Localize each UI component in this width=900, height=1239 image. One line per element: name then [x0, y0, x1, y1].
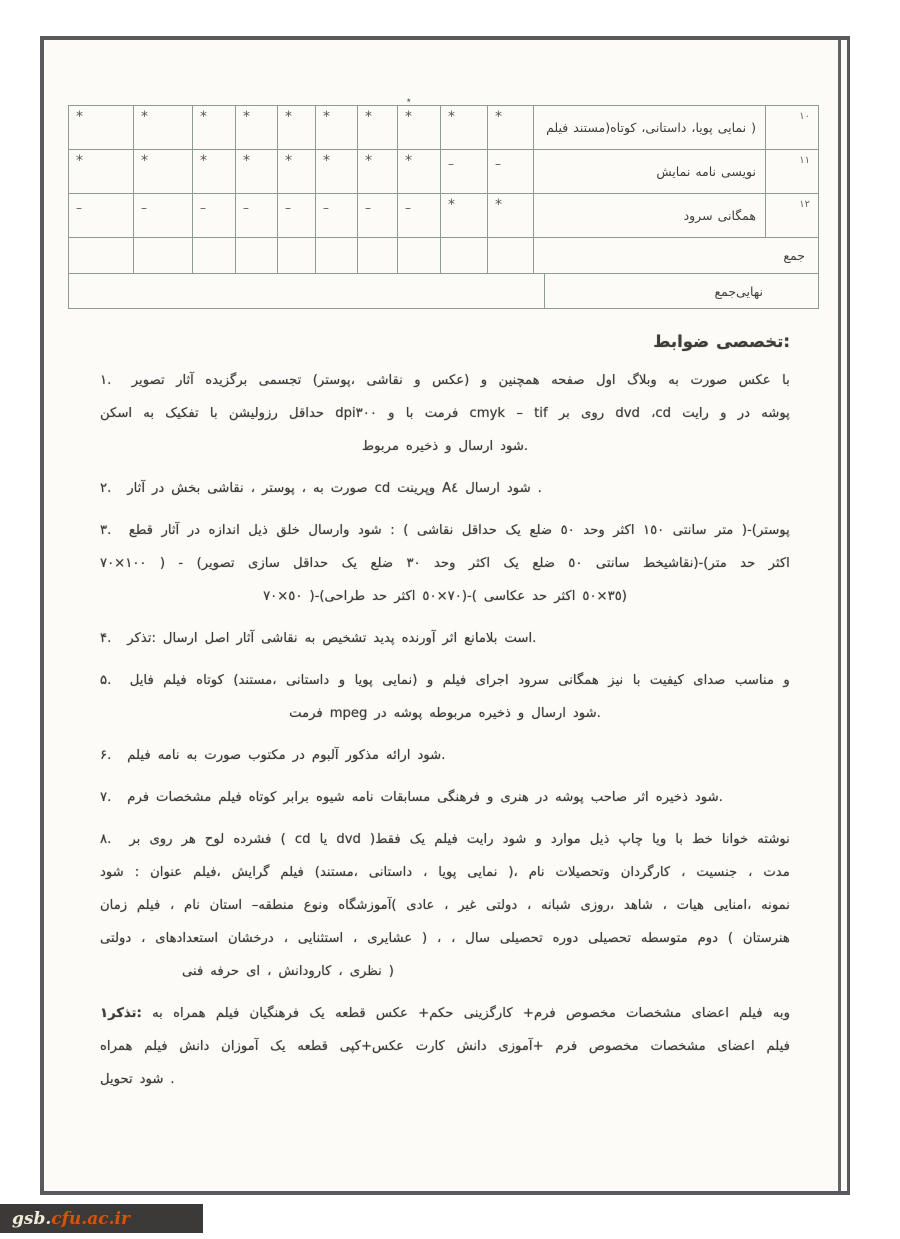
- asterisk-mark: *: [285, 110, 292, 124]
- word: کوتاه: [196, 673, 224, 688]
- word: حداقل: [293, 556, 328, 571]
- word: روزی،: [580, 898, 614, 913]
- word: تشخیص: [322, 631, 366, 646]
- asterisk-mark: *: [323, 154, 330, 168]
- dash-mark: –: [448, 158, 454, 170]
- word: حرفه: [210, 964, 239, 979]
- text-line: ٥٠×٧٠)-(طراحیحداکثر٧٠×٥٠)-(عکاسیحداکثر٣٥…: [100, 580, 790, 613]
- mark-cell: *: [278, 106, 316, 150]
- word: یک: [505, 523, 520, 538]
- word: .: [170, 1072, 174, 1087]
- word: نظری: [350, 964, 382, 979]
- word: فرمت: [289, 706, 323, 721]
- word: صفحه: [551, 373, 584, 388]
- word: کوتاه(مستند: [573, 120, 636, 135]
- word: یک: [342, 556, 357, 571]
- dash-mark: –: [495, 158, 501, 170]
- word: اثر: [443, 631, 458, 646]
- word: و: [518, 706, 524, 721]
- word: پوشه: [555, 790, 584, 805]
- word: موارد: [551, 832, 581, 847]
- word: cmyk: [470, 406, 506, 421]
- word: همراه: [173, 1006, 205, 1021]
- word: استعدادهای: [155, 931, 218, 946]
- word: تخصصی:: [716, 332, 790, 351]
- word: و: [783, 673, 789, 688]
- word: با: [406, 406, 414, 421]
- row-label-cell: فیلمکوتاه(مستند،داستانی،پویانمایی): [534, 106, 766, 150]
- word: مکتوب: [248, 748, 286, 763]
- list-item: ١.تصویرآثاربرگزیدهتجسمی(پوستر،نقاشیوعکس)…: [100, 364, 790, 463]
- word: به: [313, 481, 324, 496]
- word: آلبوم: [312, 748, 339, 763]
- word: –: [516, 406, 523, 421]
- mark-cell: –: [358, 194, 398, 238]
- dash-mark: –: [323, 202, 329, 214]
- word: و: [414, 373, 420, 388]
- word: (: [403, 523, 408, 538]
- asterisk-mark: *: [405, 110, 412, 124]
- word: تحویل: [100, 1072, 133, 1087]
- text-line: مربوطذخیرهوارسالشود.: [100, 430, 790, 463]
- word: اکثر: [613, 523, 634, 538]
- word: صورت: [331, 481, 368, 496]
- word: ذخیره: [406, 439, 438, 454]
- word: فیلم: [546, 120, 568, 135]
- word: برابر: [283, 790, 309, 805]
- word: استثنایی: [298, 931, 343, 946]
- word: است.: [504, 631, 536, 646]
- mark-cell: *: [441, 106, 488, 150]
- word: در: [188, 523, 200, 538]
- mark-cell: *: [441, 194, 488, 238]
- word: همراه: [100, 1039, 132, 1054]
- word: نمایش: [656, 164, 690, 179]
- word: عکس: [739, 373, 771, 388]
- word: ،داستانی: [641, 120, 686, 135]
- asterisk-mark: *: [448, 198, 455, 212]
- word: ،: [170, 898, 174, 913]
- word: قطع: [129, 523, 153, 538]
- word: نامه: [158, 748, 180, 763]
- word: ٥٠: [568, 556, 582, 571]
- word: dpi٣٠٠: [335, 406, 377, 421]
- word: فیلم: [218, 790, 241, 805]
- word: اکثر: [469, 556, 490, 571]
- final-empty-cell: [69, 274, 545, 309]
- word: حداقل: [462, 523, 497, 538]
- word: ،: [527, 898, 531, 913]
- word: و: [388, 406, 394, 421]
- text-line: زمانفیلم،ناماستان–منطقهونوعآموزشگاه(عادی…: [100, 889, 790, 922]
- list-item: ٣.قطعآثاردراندازهذیلخلقوارسالشود:(نقاشیح…: [100, 514, 790, 613]
- word: ،: [141, 931, 145, 946]
- row-label-cell: سرودهمگانی: [534, 194, 766, 238]
- word: ونوع: [304, 898, 329, 913]
- text-line: تذکر۱:بههمراهفیلمفرهنگیانیکقطعهعکس+حکمکا…: [100, 997, 790, 1030]
- word: امنایی،: [714, 898, 752, 913]
- word: شیوه: [316, 790, 345, 805]
- word: ،: [251, 481, 255, 496]
- word: )،: [508, 865, 517, 880]
- word: لوح: [205, 832, 224, 847]
- word: (مستند،: [233, 673, 276, 688]
- list-item: ۶.فیلمنامهبهصورتمکتوبدرآلبوممذکورارائهشو…: [100, 739, 790, 772]
- mark-cell: –: [193, 194, 236, 238]
- word: آثار: [162, 523, 180, 538]
- text-line: اسکنبهتفکیکبارزولیشنحداقلdpi٣٠٠وبافرمتcm…: [100, 397, 790, 430]
- word: :: [390, 523, 394, 538]
- word: تحصیلی: [500, 931, 543, 946]
- word: صدای: [693, 673, 725, 688]
- word: شود.: [500, 439, 528, 454]
- word: خوانا: [722, 832, 748, 847]
- word: آموزی+: [498, 1039, 543, 1054]
- asterisk-mark: *: [495, 110, 502, 124]
- word: .: [538, 481, 542, 496]
- dash-mark: –: [243, 202, 249, 214]
- word: هنرستان: [743, 931, 790, 946]
- word: مخصوص: [566, 1006, 616, 1021]
- word: فیلم: [137, 898, 160, 913]
- word: قطعه: [335, 1006, 366, 1021]
- word: با: [675, 832, 683, 847]
- word: داستانی: [286, 673, 329, 688]
- word: ،پویا: [691, 120, 712, 135]
- text-line: ضوابطتخصصی:: [100, 326, 790, 356]
- word: اعضای: [692, 1006, 729, 1021]
- word: ای: [246, 964, 260, 979]
- word: ٣٠: [406, 556, 420, 571]
- mark-cell: *: [316, 106, 358, 150]
- word: فیلم: [144, 1039, 167, 1054]
- word: نامه: [352, 790, 374, 805]
- asterisk-mark: *: [76, 110, 83, 124]
- word: هر: [182, 832, 196, 847]
- word: اکثر: [769, 556, 790, 571]
- text-line: فنیحرفهای،کارودانش،نظری): [100, 955, 790, 988]
- word: و: [720, 406, 726, 421]
- word: کارت: [416, 1039, 445, 1054]
- word: اثر: [634, 790, 649, 805]
- final-sum-label-cell: جمعنهایی: [545, 274, 819, 309]
- word: فرهنگی: [437, 790, 480, 805]
- dash-mark: –: [200, 202, 206, 214]
- word: cd: [295, 832, 311, 847]
- word: یک: [410, 832, 425, 847]
- word: سرود: [684, 208, 713, 223]
- word: تحصیلی: [588, 931, 631, 946]
- word: فیلم: [216, 1006, 239, 1021]
- word: یا: [320, 832, 328, 847]
- word: عکس+کپی: [340, 1039, 404, 1054]
- word: عادی: [406, 898, 434, 913]
- word: به: [668, 373, 679, 388]
- word: آموزان: [221, 1039, 258, 1054]
- word: نمایی): [382, 673, 417, 688]
- note-paragraph: تذکر۱:بههمراهفیلمفرهنگیانیکقطعهعکس+حکمکا…: [100, 997, 790, 1096]
- word: نویسی: [721, 164, 756, 179]
- mark-cell: *: [316, 150, 358, 194]
- word: فایل: [130, 673, 154, 688]
- word: )فقط: [370, 832, 401, 847]
- word: بلامانع: [464, 631, 497, 646]
- word: cd: [375, 481, 391, 496]
- item-number: ٧.: [100, 790, 111, 805]
- word: شبانه: [541, 898, 571, 913]
- empty-cell: [488, 238, 534, 274]
- word: استان: [210, 898, 242, 913]
- item-number: ٣.: [100, 523, 111, 538]
- word: و: [427, 673, 433, 688]
- word: خلق: [276, 523, 300, 538]
- word: وتحصیلات: [556, 865, 610, 880]
- word: ارسال: [465, 481, 500, 496]
- word: اکثر: [394, 589, 415, 604]
- empty-cell: [193, 238, 236, 274]
- word: دانش: [457, 1039, 487, 1054]
- word: اکثر: [554, 589, 575, 604]
- word: شود.: [417, 748, 445, 763]
- dash-mark: –: [365, 202, 371, 214]
- word: وارسال: [308, 523, 349, 538]
- word: به: [305, 631, 316, 646]
- mark-cell: *: [69, 150, 134, 194]
- word: صورت: [204, 748, 241, 763]
- word: بر: [559, 406, 570, 421]
- word: نیز: [608, 673, 623, 688]
- word: (: [728, 931, 733, 946]
- mark-cell: –: [134, 194, 193, 238]
- word: فیلم: [739, 1006, 762, 1021]
- word: سازی: [248, 556, 280, 571]
- word: و: [445, 439, 451, 454]
- word: مسابقات: [381, 790, 431, 805]
- word: عشایری: [367, 931, 412, 946]
- empty-cell: [441, 238, 488, 274]
- word: شود.: [573, 706, 601, 721]
- word: ٧٠×٥٠)-(: [422, 589, 476, 604]
- row-number-cell: ١٠: [766, 106, 819, 150]
- word: فرم: [127, 790, 149, 805]
- item-number: ۴.: [100, 631, 111, 646]
- word: سرود: [518, 673, 549, 688]
- list-item: ٨.بررویهرلوحفشرده(cdیاdvd)فقطیکفیلمرایتش…: [100, 823, 790, 988]
- word: مخصوص: [589, 1039, 639, 1054]
- text-line: ٧.فرممشخصاتفیلمکوتاهبرابرشیوهنامهمسابقات…: [100, 781, 790, 814]
- text-line: شود:عنوانفیلم،گرایشفیلم(مستند،داستانی،پو…: [100, 856, 790, 889]
- word: در: [152, 481, 164, 496]
- text-line: ١٠٠×٧٠)-(تصویرسازیحداقلیکضلع٣٠وحداکثریکض…: [100, 547, 790, 580]
- word: متر: [715, 523, 733, 538]
- watermark-prefix: gsb.: [12, 1209, 51, 1229]
- word: ،: [437, 931, 441, 946]
- word: ،: [663, 898, 667, 913]
- word: (پوستر،: [313, 373, 355, 388]
- table-row: ––––––––**سرودهمگانی١٢: [69, 194, 819, 238]
- empty-cell: [69, 238, 134, 274]
- word: و: [535, 832, 541, 847]
- asterisk-mark: *: [243, 154, 250, 168]
- word: یک: [503, 556, 518, 571]
- mark-cell: –: [441, 150, 488, 194]
- item-number: ٨.: [100, 832, 111, 847]
- row-number-cell: ١٢: [766, 194, 819, 238]
- word: رزولیشن: [229, 406, 278, 421]
- word: فرهنگیان: [250, 1006, 299, 1021]
- word: فیلم: [280, 865, 303, 880]
- word: ٥٠: [561, 523, 575, 538]
- mark-cell: *: [358, 150, 398, 194]
- item-number: ۶.: [100, 748, 111, 763]
- word: حد: [532, 589, 547, 604]
- word: صورت: [690, 373, 727, 388]
- table-row: **********فیلمکوتاه(مستند،داستانی،پویانم…: [69, 106, 819, 150]
- word: بر: [129, 832, 140, 847]
- word: وحد: [583, 523, 604, 538]
- mark-cell: *: [193, 150, 236, 194]
- doc-body: ضوابطتخصصی:١.تصویرآثاربرگزیدهتجسمی(پوستر…: [100, 326, 790, 1105]
- word: ویا: [652, 832, 666, 847]
- word: خط: [692, 832, 713, 847]
- word: شود: [358, 523, 382, 538]
- word: آثار: [127, 481, 145, 496]
- word: مناسب: [735, 673, 774, 688]
- word: وبلاگ: [627, 373, 657, 388]
- word: عکس): [432, 373, 469, 388]
- word: حد: [740, 556, 755, 571]
- word: نمونه: [761, 898, 790, 913]
- text-line: ٨.بررویهرلوحفشرده(cdیاdvd)فقطیکفیلمرایتش…: [100, 823, 790, 856]
- word: مشخصات: [156, 790, 211, 805]
- page-frame: ٭ **********فیلمکوتاه(مستند،داستانی،پویا…: [40, 36, 850, 1195]
- word: ضوابط: [653, 332, 709, 351]
- word: ارسال: [163, 631, 198, 646]
- mark-cell: –: [316, 194, 358, 238]
- word: سال: [465, 931, 490, 946]
- word: ذیل: [248, 523, 268, 538]
- word: عکاسی: [484, 589, 525, 604]
- asterisk-mark: *: [495, 198, 502, 212]
- word: نمایی: [467, 865, 497, 880]
- word: شود: [140, 1072, 164, 1087]
- asterisk-mark: *: [323, 110, 330, 124]
- word: به: [143, 406, 154, 421]
- asterisk-mark: *: [448, 110, 455, 124]
- word: و: [487, 790, 493, 805]
- word: ذخیره: [479, 706, 511, 721]
- asterisk-mark: *: [76, 154, 83, 168]
- word: نمایی: [718, 120, 746, 135]
- word: متوسطه: [641, 931, 688, 946]
- word: ضلع: [370, 556, 393, 571]
- word: ،: [267, 964, 271, 979]
- word: زمان: [100, 898, 127, 913]
- word: آموزشگاه(: [338, 898, 396, 913]
- word: غیر: [458, 898, 476, 913]
- word: هیات: [677, 898, 704, 913]
- word: حداقل: [289, 406, 324, 421]
- word: نوشته: [757, 832, 790, 847]
- asterisk-mark: *: [243, 110, 250, 124]
- word: )-(طراحی: [309, 589, 365, 604]
- word: نقاشی: [366, 373, 402, 388]
- word: فشرده: [233, 832, 271, 847]
- mark-cell: –: [278, 194, 316, 238]
- word: ،: [451, 931, 455, 946]
- word: ،: [681, 865, 685, 880]
- word: (تصویر: [197, 556, 235, 571]
- page-content: ٭ **********فیلمکوتاه(مستند،داستانی،پویا…: [44, 40, 847, 1191]
- word: با: [782, 373, 790, 388]
- watermark: gsb.cfu.ac.ir: [0, 1204, 203, 1233]
- word: همگانی: [558, 673, 599, 688]
- word: دوره: [553, 931, 579, 946]
- word: مذکور: [346, 748, 379, 763]
- word: همچنین: [499, 373, 540, 388]
- word: هنری: [500, 790, 529, 805]
- word: ،: [353, 931, 357, 946]
- text-line: ٢.آثاردربخشنقاشی،پوستر،بهصورتcdوپرینتA٤ا…: [100, 472, 790, 505]
- sum-label-cell: جمع: [534, 238, 819, 274]
- word: کارگردان: [621, 865, 670, 880]
- word: ضلع: [529, 523, 552, 538]
- word: شود: [507, 481, 531, 496]
- mark-cell: *: [236, 106, 278, 150]
- sum-row: جمع: [69, 238, 819, 274]
- word: پوشه: [394, 706, 423, 721]
- word: ذخیره: [656, 790, 688, 805]
- item-number: ٢.: [100, 481, 111, 496]
- asterisk-mark: *: [200, 154, 207, 168]
- list-item: ٢.آثاردربخشنقاشی،پوستر،بهصورتcdوپرینتA٤ا…: [100, 472, 790, 505]
- word: عکس: [376, 1006, 408, 1021]
- word: جمع: [783, 248, 805, 263]
- word: پوشه: [761, 406, 790, 421]
- empty-cell: [278, 238, 316, 274]
- word: تفکیک: [165, 406, 198, 421]
- word: :: [135, 865, 139, 880]
- word: برگزیده: [205, 373, 247, 388]
- word: و: [481, 373, 487, 388]
- word: ١٠٠×٧٠: [100, 556, 146, 571]
- empty-cell: [134, 238, 193, 274]
- word: گرایش: [232, 865, 270, 880]
- word: فیلم: [434, 832, 457, 847]
- word: ،: [748, 865, 752, 880]
- word: پویا: [355, 673, 373, 688]
- empty-cell: [316, 238, 358, 274]
- word: کارگزینی: [464, 1006, 513, 1021]
- mark-cell: *: [488, 194, 534, 238]
- word: کارودانش: [278, 964, 331, 979]
- text-line: ١.تصویرآثاربرگزیدهتجسمی(پوستر،نقاشیوعکس)…: [100, 364, 790, 397]
- word: یک: [309, 1006, 324, 1021]
- word: mpeg: [330, 706, 368, 721]
- word: )-(پوستر: [742, 523, 790, 538]
- word: ذیل: [590, 832, 610, 847]
- word: ): [751, 120, 756, 135]
- word: متر)-(نقاشیخط: [643, 556, 727, 571]
- word: فیلم: [766, 1039, 789, 1054]
- word: شود: [100, 865, 124, 880]
- word: مشخصات: [626, 1006, 681, 1021]
- word: درخشان: [228, 931, 274, 946]
- asterisk-mark: *: [200, 110, 207, 124]
- text-line: ۴.تذکر:ارسالاصلآثارنقاشیبهتشخیصپدیدآورند…: [100, 622, 790, 655]
- word: فیلم: [163, 673, 186, 688]
- word: کیفیت: [650, 673, 684, 688]
